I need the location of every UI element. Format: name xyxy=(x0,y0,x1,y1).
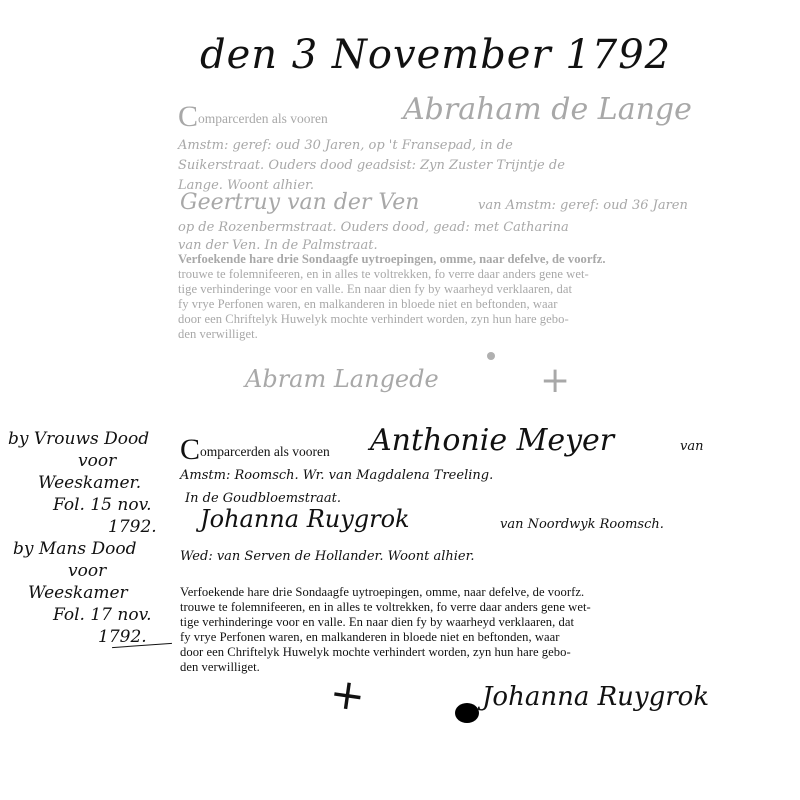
groom-mark-cross: + xyxy=(327,668,369,721)
margin-note-line: by Vrouws Dood xyxy=(8,428,157,450)
preprinted-initial: C xyxy=(178,100,198,133)
groom-name: Abraham de Lange xyxy=(403,92,692,127)
declaration-line: door een Chriftelyk Huwelyk mochte verhi… xyxy=(180,645,591,660)
ink-dot xyxy=(487,352,495,360)
bride-detail-line: van Amstm: geref: oud 36 Jaren xyxy=(478,198,688,213)
bride-name: Geertruy van der Ven xyxy=(180,190,419,215)
groom-detail-line: In de Goudbloemstraat. xyxy=(185,491,341,506)
declaration-line: tige verhinderinge voor en valle. En naa… xyxy=(180,615,591,630)
record-1-opening-line: Comparcerden als vooren xyxy=(178,100,328,134)
bride-detail-line: Wed: van Serven de Hollander. Woont alhi… xyxy=(180,549,475,564)
groom-detail-line: Amstm: geref: oud 30 Jaren, op 't Franse… xyxy=(178,138,513,153)
margin-note-line: Fol. 17 nov. xyxy=(8,604,157,626)
preprinted-initial: C xyxy=(180,433,200,466)
declaration-line: fy vrye Perfonen waren, en malkanderen i… xyxy=(180,630,591,645)
margin-note-line: Fol. 15 nov. xyxy=(8,494,157,516)
printed-declaration: Verfoekende hare drie Sondaagfe uytroepi… xyxy=(180,585,591,675)
declaration-line: tige verhinderinge voor en valle. En naa… xyxy=(178,282,606,297)
bride-suffix: van Noordwyk Roomsch. xyxy=(500,517,664,532)
margin-note-line: Weeskamer. xyxy=(8,472,157,494)
bride-name: Johanna Ruygrok xyxy=(200,505,410,533)
record-2-opening-line: Comparcerden als vooren xyxy=(180,433,330,467)
declaration-line: den verwilliget. xyxy=(178,327,606,342)
register-date-heading: den 3 November 1792 xyxy=(200,32,671,78)
preprinted-comparcerden: omparcerden als vooren xyxy=(200,444,330,459)
groom-detail-line: Amstm: Roomsch. Wr. van Magdalena Treeli… xyxy=(180,468,493,483)
groom-suffix: van xyxy=(680,439,703,454)
declaration-line: Verfoekende hare drie Sondaagfe uytroepi… xyxy=(180,585,591,600)
margin-note-line: voor xyxy=(8,450,157,472)
groom-name: Anthonie Meyer xyxy=(370,423,614,458)
margin-note-line: by Mans Dood xyxy=(8,538,157,560)
bride-mark-cross: + xyxy=(540,360,570,401)
declaration-line: fy vrye Perfonen waren, en malkanderen i… xyxy=(178,297,606,312)
ink-blot-seal xyxy=(455,703,479,723)
declaration-line: trouwe te folemnifeeren, en in alles te … xyxy=(178,267,606,282)
margin-note-line: Weeskamer xyxy=(8,582,157,604)
margin-note-line: voor xyxy=(8,560,157,582)
bride-signature: Johanna Ruygrok xyxy=(482,682,709,712)
bride-detail-line: van der Ven. In de Palmstraat. xyxy=(178,238,378,253)
groom-detail-line: Suikerstraat. Ouders dood geadsist: Zyn … xyxy=(178,158,565,173)
printed-declaration: Verfoekende hare drie Sondaagfe uytroepi… xyxy=(178,252,606,342)
groom-signature: Abram Langede xyxy=(245,365,439,393)
margin-notes: by Vrouws Dood voor Weeskamer. Fol. 15 n… xyxy=(8,428,157,648)
declaration-line: door een Chriftelyk Huwelyk mochte verhi… xyxy=(178,312,606,327)
margin-note-line: 1792. xyxy=(8,516,157,538)
declaration-line: trouwe te folemnifeeren, en in alles te … xyxy=(180,600,591,615)
declaration-line: Verfoekende hare drie Sondaagfe uytroepi… xyxy=(178,252,606,267)
declaration-line: den verwilliget. xyxy=(180,660,591,675)
preprinted-comparcerden: omparcerden als vooren xyxy=(198,111,328,126)
record-2: Comparcerden als vooren Anthonie Meyer v… xyxy=(180,425,790,675)
bride-detail-line: op de Rozenbermstraat. Ouders dood, gead… xyxy=(178,220,569,235)
record-1: Comparcerden als vooren Abraham de Lange… xyxy=(178,100,788,345)
